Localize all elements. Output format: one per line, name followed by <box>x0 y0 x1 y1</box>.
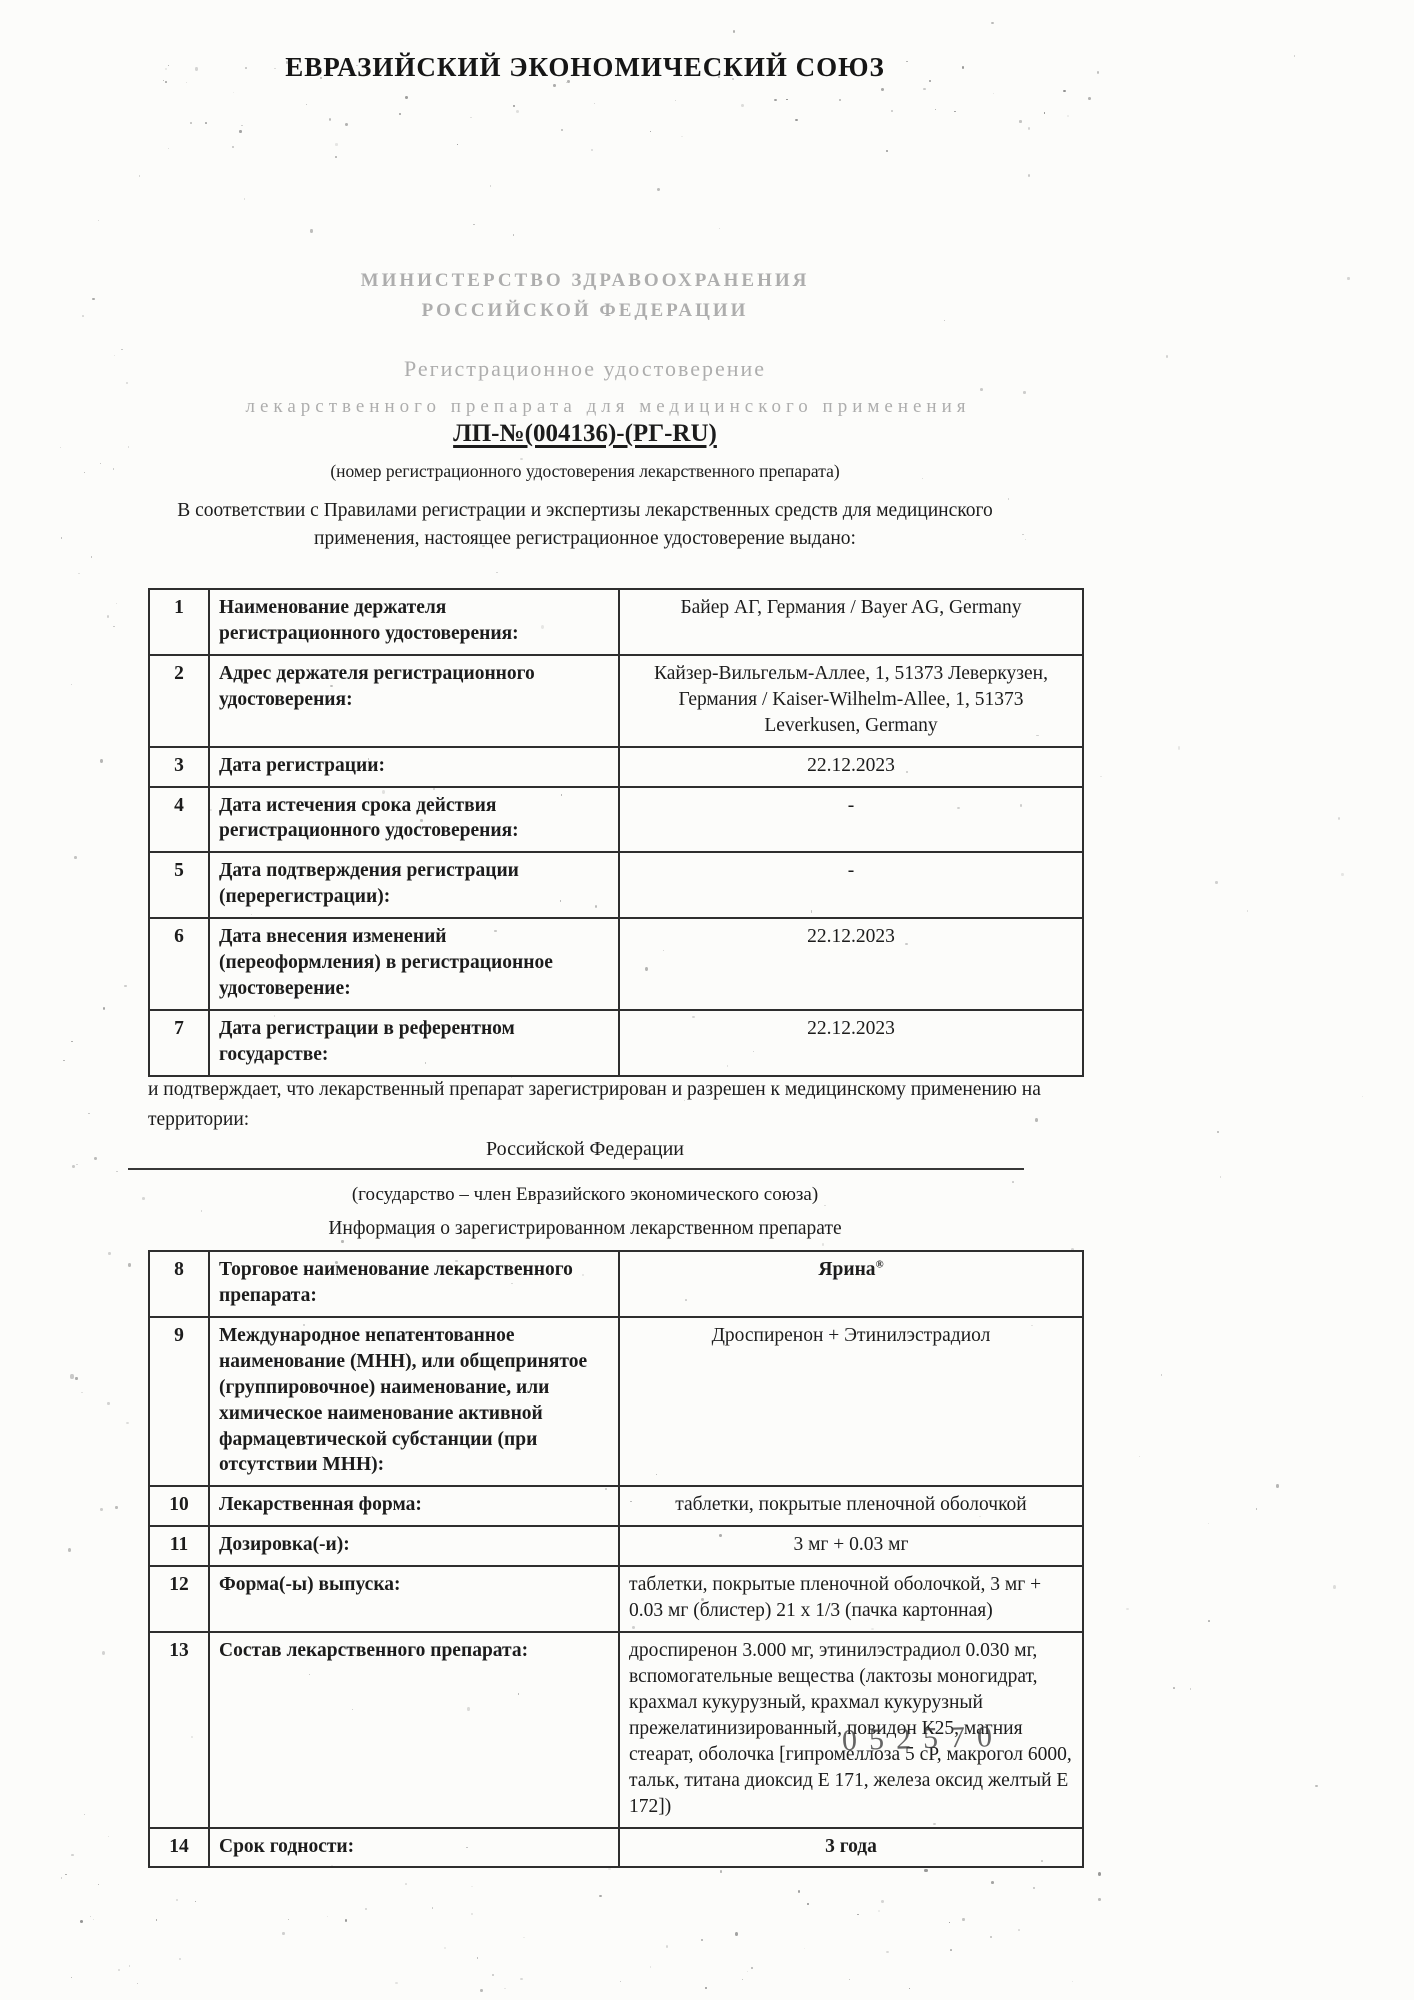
table-row: 1 Наименование держателя регистрационног… <box>149 589 1083 655</box>
table-row: 5 Дата подтверждения регистрации (перере… <box>149 852 1083 918</box>
ministry-line-1: МИНИСТЕРСТВО ЗДРАВООХРАНЕНИЯ <box>148 270 1022 292</box>
row-number: 3 <box>149 747 209 787</box>
scanned-document-page: ЕВРАЗИЙСКИЙ ЭКОНОМИЧЕСКИЙ СОЮЗ МИНИСТЕРС… <box>0 0 1414 2000</box>
row-value: таблетки, покрытые пленочной оболочкой, … <box>619 1566 1083 1632</box>
registered-trademark-icon: ® <box>876 1259 884 1271</box>
territory-name: Российской Федерации <box>148 1138 1022 1161</box>
page-number-stamp: 052570 <box>842 1720 1005 1758</box>
row-value: 3 года <box>619 1828 1083 1868</box>
row-value: 22.12.2023 <box>619 918 1083 1010</box>
row-number: 13 <box>149 1632 209 1827</box>
row-number: 8 <box>149 1251 209 1317</box>
table-row: 2 Адрес держателя регистрационного удост… <box>149 655 1083 747</box>
row-value: Кайзер-Вильгельм-Аллее, 1, 51373 Леверку… <box>619 655 1083 747</box>
row-label: Наименование держателя регистрационного … <box>209 589 619 655</box>
row-number: 11 <box>149 1526 209 1566</box>
row-value: Дроспиренон + Этинилэстрадиол <box>619 1317 1083 1487</box>
table-row: 3 Дата регистрации: 22.12.2023 <box>149 747 1083 787</box>
row-label: Срок годности: <box>209 1828 619 1868</box>
table-row: 10 Лекарственная форма: таблетки, покрыт… <box>149 1486 1083 1526</box>
row-number: 6 <box>149 918 209 1010</box>
territory-divider <box>128 1168 1024 1170</box>
intro-paragraph: В соответствии с Правилами регистрации и… <box>170 497 1000 552</box>
row-number: 14 <box>149 1828 209 1868</box>
row-number: 5 <box>149 852 209 918</box>
row-label: Дата внесения изменений (переоформления)… <box>209 918 619 1010</box>
registration-table: 1 Наименование держателя регистрационног… <box>148 588 1084 1077</box>
row-value: Ярина® <box>619 1251 1083 1317</box>
table-row: 12 Форма(-ы) выпуска: таблетки, покрытые… <box>149 1566 1083 1632</box>
row-value: 22.12.2023 <box>619 1010 1083 1076</box>
row-label: Состав лекарственного препарата: <box>209 1632 619 1827</box>
row-number: 9 <box>149 1317 209 1487</box>
table-row: 8 Торговое наименование лекарственного п… <box>149 1251 1083 1317</box>
row-label: Дата регистрации в референтном государст… <box>209 1010 619 1076</box>
certificate-title-line-2: лекарственного препарата для медицинског… <box>118 396 1098 418</box>
row-label: Дата истечения срока действия регистраци… <box>209 787 619 853</box>
row-number: 7 <box>149 1010 209 1076</box>
table-row: 9 Международное непатентованное наименов… <box>149 1317 1083 1487</box>
row-number: 2 <box>149 655 209 747</box>
row-label: Международное непатентованное наименован… <box>209 1317 619 1487</box>
row-label: Форма(-ы) выпуска: <box>209 1566 619 1632</box>
drug-info-table: 8 Торговое наименование лекарственного п… <box>148 1250 1084 1868</box>
territory-caption: (государство – член Евразийского экономи… <box>148 1184 1022 1206</box>
confirmation-paragraph: и подтверждает, что лекарственный препар… <box>148 1075 1096 1135</box>
row-value: 22.12.2023 <box>619 747 1083 787</box>
row-value: - <box>619 852 1083 918</box>
table-row: 11 Дозировка(-и): 3 мг + 0.03 мг <box>149 1526 1083 1566</box>
row-label: Адрес держателя регистрационного удостов… <box>209 655 619 747</box>
row-label: Дата регистрации: <box>209 747 619 787</box>
row-label: Лекарственная форма: <box>209 1486 619 1526</box>
trade-name: Ярина <box>818 1259 875 1280</box>
registration-number: ЛП-№(004136)-(РГ-RU) <box>148 420 1022 448</box>
row-number: 1 <box>149 589 209 655</box>
row-value: 3 мг + 0.03 мг <box>619 1526 1083 1566</box>
info-heading: Информация о зарегистрированном лекарств… <box>148 1218 1022 1240</box>
row-number: 10 <box>149 1486 209 1526</box>
table-row: 14 Срок годности: 3 года <box>149 1828 1083 1868</box>
table-row: 4 Дата истечения срока действия регистра… <box>149 787 1083 853</box>
registration-number-caption: (номер регистрационного удостоверения ле… <box>148 461 1022 482</box>
table-row: 7 Дата регистрации в референтном государ… <box>149 1010 1083 1076</box>
row-label: Торговое наименование лекарственного пре… <box>209 1251 619 1317</box>
certificate-title-line-1: Регистрационное удостоверение <box>148 356 1022 382</box>
ministry-line-2: РОССИЙСКОЙ ФЕДЕРАЦИИ <box>148 300 1022 322</box>
row-value: таблетки, покрытые пленочной оболочкой <box>619 1486 1083 1526</box>
row-value: - <box>619 787 1083 853</box>
page-title: ЕВРАЗИЙСКИЙ ЭКОНОМИЧЕСКИЙ СОЮЗ <box>148 52 1022 83</box>
row-value: Байер АГ, Германия / Bayer AG, Germany <box>619 589 1083 655</box>
row-number: 12 <box>149 1566 209 1632</box>
row-number: 4 <box>149 787 209 853</box>
row-label: Дозировка(-и): <box>209 1526 619 1566</box>
row-label: Дата подтверждения регистрации (перереги… <box>209 852 619 918</box>
table-row: 6 Дата внесения изменений (переоформлени… <box>149 918 1083 1010</box>
